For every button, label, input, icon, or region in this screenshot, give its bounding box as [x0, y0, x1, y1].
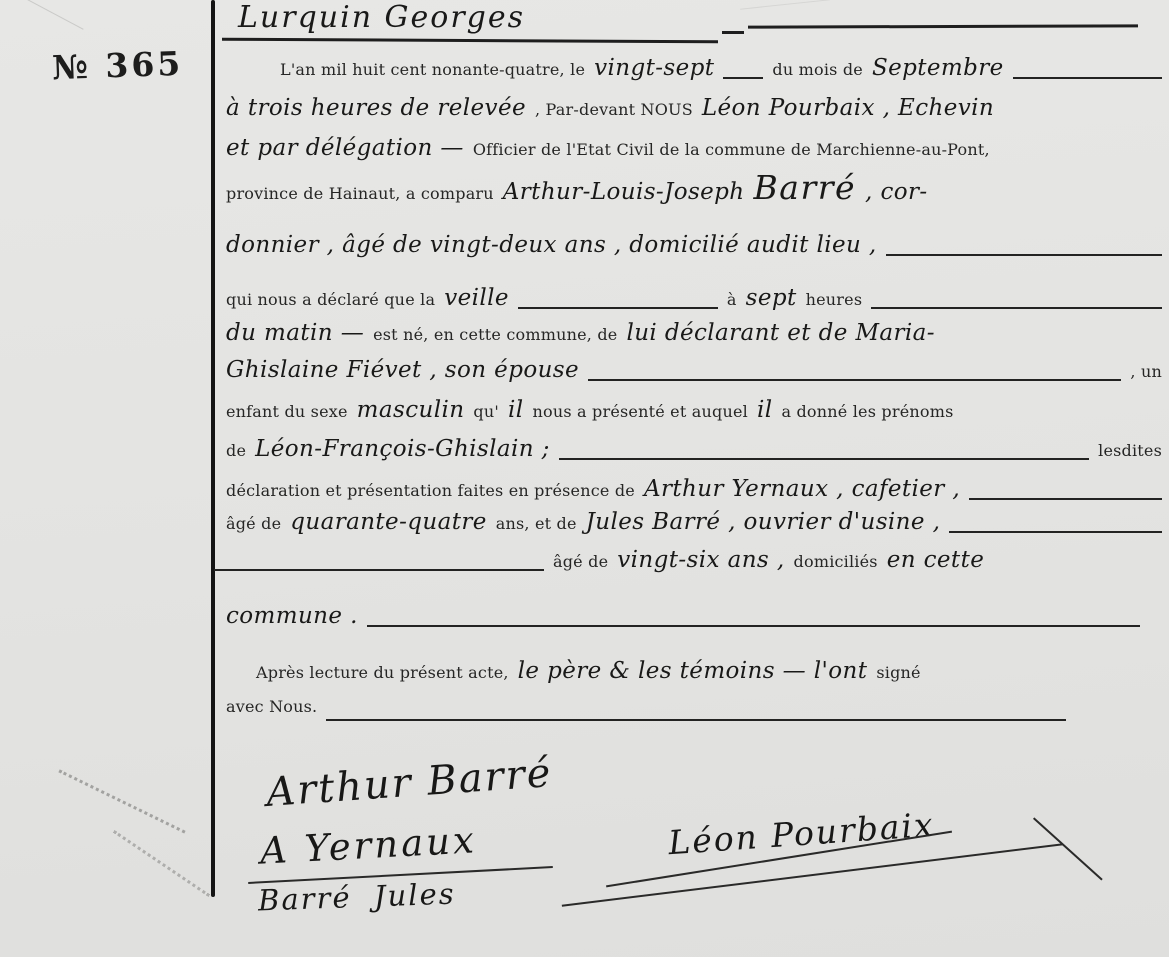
printed-text: avec Nous. — [226, 697, 317, 716]
handwritten-text: Léon Pourbaix , Echevin — [702, 95, 994, 121]
act-line-13: âgé de vingt-six ans , domiciliés en cet… — [214, 547, 1162, 577]
handwritten-text: vingt-six ans , — [617, 547, 784, 573]
handwritten-surname: Barré — [754, 168, 857, 207]
signature-father: Arthur Barré — [265, 750, 554, 816]
fill-line — [326, 719, 1066, 721]
handwritten-text: quarante-quatre — [290, 509, 487, 535]
printed-text: ans, et de — [496, 514, 577, 533]
printed-text: Après lecture du présent acte, — [256, 663, 509, 682]
printed-text: Officier de l'Etat Civil de la commune d… — [473, 140, 990, 159]
pencil-mark — [58, 769, 185, 833]
handwritten-text: sept — [746, 285, 797, 311]
fill-line — [969, 498, 1162, 500]
printed-text: déclaration et présentation faites en pr… — [226, 481, 635, 500]
handwritten-text: Septembre — [872, 55, 1004, 81]
handwritten-text: donnier , âgé de vingt-deux ans , domici… — [226, 232, 877, 258]
handwritten-text: vingt-sept — [594, 55, 714, 81]
fill-line — [886, 254, 1162, 256]
handwritten-text: lui déclarant et de Maria- — [626, 320, 935, 346]
printed-text: de — [226, 441, 246, 460]
printed-text: qu' — [473, 402, 499, 421]
handwritten-text: , cor- — [865, 179, 928, 205]
printed-text: nous a présenté et auquel — [532, 402, 747, 421]
handwritten-text: en cette — [887, 547, 985, 573]
scanned-birth-record: Lurquin Georges № 365 L'an mil huit cent… — [0, 0, 1169, 957]
handwritten-text: veille — [444, 285, 509, 311]
fill-line — [367, 625, 1140, 627]
printed-text: , Par-devant NOUS — [535, 100, 693, 119]
printed-text: est né, en cette commune, de — [373, 325, 617, 344]
act-line-08: Ghislaine Fiévet , son épouse , un — [226, 357, 1162, 387]
handwritten-text: et par délégation — — [226, 135, 464, 161]
handwritten-text: il — [757, 397, 773, 423]
printed-text: âgé de — [553, 552, 608, 571]
fill-line — [723, 77, 763, 79]
header-dash-line — [722, 31, 744, 34]
scan-scratch — [740, 0, 830, 10]
scan-scratch — [12, 0, 83, 30]
handwritten-text: le père & les témoins — l'ont — [518, 658, 868, 684]
handwritten-text: il — [508, 397, 524, 423]
handwritten-text: commune . — [226, 603, 358, 629]
pencil-mark — [113, 830, 210, 897]
handwritten-text: masculin — [357, 397, 465, 423]
printed-text: lesdites — [1098, 441, 1162, 460]
fill-line — [559, 458, 1089, 460]
act-line-04: province de Hainaut, a comparu Arthur-Lo… — [226, 168, 1162, 207]
act-line-11: déclaration et présentation faites en pr… — [226, 476, 1162, 506]
handwritten-text: Ghislaine Fiévet , son épouse — [226, 357, 579, 383]
fill-line — [1013, 77, 1162, 79]
act-line-14: commune . — [226, 603, 1162, 633]
fill-line — [518, 307, 718, 309]
act-line-12: âgé de quarante-quatre ans, et de Jules … — [226, 509, 1162, 539]
top-rule — [748, 24, 1138, 28]
act-line-05: donnier , âgé de vingt-deux ans , domici… — [226, 232, 1162, 262]
handwritten-text: Arthur-Louis-Joseph — [503, 179, 745, 205]
act-line-02: à trois heures de relevée , Par-devant N… — [226, 95, 1162, 125]
act-line-06: qui nous a déclaré que la veille à sept … — [226, 285, 1162, 315]
signature-witness-barre-jules: Barré Jules — [257, 877, 456, 918]
act-line-03: et par délégation — Officier de l'Etat C… — [226, 135, 1162, 165]
act-line-01: L'an mil huit cent nonante-quatre, le vi… — [226, 55, 1162, 85]
handwritten-text: Jules Barré , ouvrier d'usine , — [586, 509, 941, 535]
fill-line — [871, 307, 1162, 309]
header-name: Lurquin Georges — [238, 0, 525, 35]
printed-text: , un — [1130, 362, 1162, 381]
printed-text: domiciliés — [794, 552, 878, 571]
handwritten-text: à trois heures de relevée — [226, 95, 526, 121]
margin-rule — [211, 0, 215, 897]
signature-witness-yernaux: A Yernaux — [259, 818, 478, 872]
printed-text: qui nous a déclaré que la — [226, 290, 435, 309]
printed-text: du mois de — [772, 60, 863, 79]
act-number: № 365 — [51, 44, 184, 88]
printed-text: heures — [806, 290, 863, 309]
printed-text: province de Hainaut, a comparu — [226, 184, 494, 203]
printed-text: à — [727, 290, 737, 309]
act-line-16: avec Nous. — [226, 697, 1162, 727]
fill-line — [588, 379, 1121, 381]
printed-text: L'an mil huit cent nonante-quatre, le — [280, 60, 585, 79]
printed-text: enfant du sexe — [226, 402, 348, 421]
fill-line — [949, 531, 1162, 533]
printed-text: signé — [876, 663, 920, 682]
act-line-07: du matin — est né, en cette commune, de … — [226, 320, 1162, 350]
printed-text: âgé de — [226, 514, 281, 533]
act-line-10: de Léon-François-Ghislain ; lesdites — [226, 436, 1162, 466]
signature-flourish — [1033, 817, 1102, 880]
handwritten-text: du matin — — [226, 320, 364, 346]
act-line-09: enfant du sexe masculin qu' il nous a pr… — [226, 397, 1162, 427]
header-underline — [222, 38, 718, 44]
handwritten-text: Arthur Yernaux , cafetier , — [644, 476, 960, 502]
act-line-15: Après lecture du présent acte, le père &… — [226, 658, 1162, 688]
handwritten-text: Léon-François-Ghislain ; — [255, 436, 550, 462]
printed-text: a donné les prénoms — [781, 402, 953, 421]
fill-line — [214, 569, 544, 571]
